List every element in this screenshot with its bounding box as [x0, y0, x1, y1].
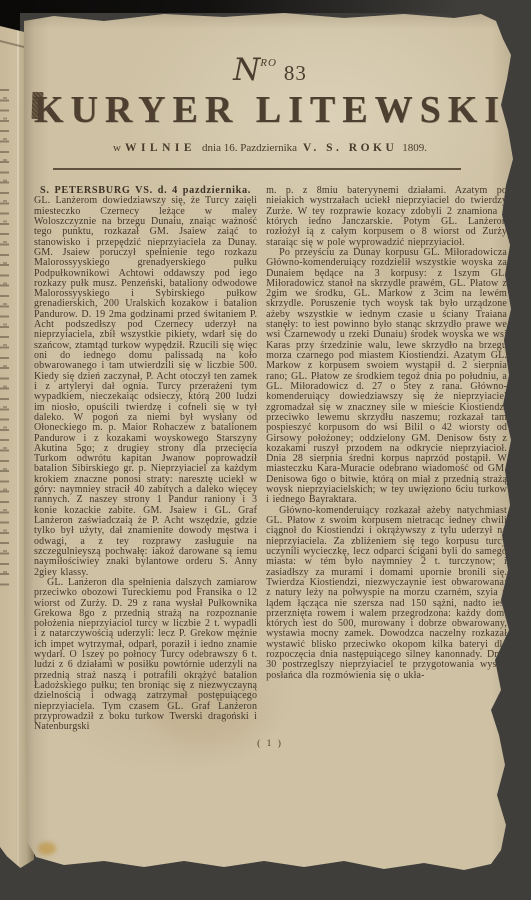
scanned-newspaper-page: NRO83 KURYER LITEWSKI wWILNIEdnia 16. Pa… — [0, 0, 531, 900]
article-paragraph: Po przeyściu za Dunay korpusu GL. Miłora… — [266, 248, 507, 506]
column-left: S. PETERSBURG VS. d. 4 pazdziernika. GL.… — [34, 186, 257, 733]
article-paragraph: Główno-komenderuiący rozkazał ażeby naty… — [266, 506, 507, 681]
dateline-prefix: w — [113, 142, 121, 154]
newspaper-sheet: NRO83 KURYER LITEWSKI wWILNIEdnia 16. Pa… — [24, 9, 517, 883]
adjacent-page-text-fragments-2 — [3, 92, 7, 582]
article-paragraph: GL. Lanżerom dowiedziawszy się, że Turcy… — [34, 196, 257, 578]
dateline: wWILNIEdnia 16. PazdziernikaV. S. ROKU18… — [33, 142, 507, 154]
article-paragraph: GL. Lanżeron dla spełnienia dalszych zam… — [34, 578, 257, 733]
column-right: m. p. z 8miu bateryynemi działami. Azaty… — [266, 186, 507, 733]
dateline-date: dnia 16. Pazdziernika — [202, 142, 297, 154]
issue-superscript: RO — [260, 57, 277, 69]
page-number: ( 1 ) — [33, 739, 507, 749]
dateline-city: WILNIE — [125, 142, 196, 154]
gutter-shadow-top — [0, 0, 460, 13]
article-paragraph: m. p. z 8miu bateryynemi działami. Azaty… — [266, 186, 507, 248]
page-fold-highlight — [17, 26, 19, 868]
masthead-rule — [53, 168, 461, 170]
page-content: NRO83 KURYER LITEWSKI wWILNIEdnia 16. Pa… — [24, 9, 517, 749]
issue-number: 83 — [284, 61, 307, 85]
newspaper-title: KURYER LITEWSKI — [33, 91, 507, 129]
dateline-year: 1809. — [402, 142, 427, 154]
issue-number-line: NRO83 — [33, 55, 507, 86]
issue-prefix: N — [233, 52, 260, 88]
paper-stain-yellow — [38, 842, 56, 855]
dateline-vs-roku: V. S. ROKU — [303, 142, 397, 154]
article-columns: S. PETERSBURG VS. d. 4 pazdziernika. GL.… — [33, 186, 507, 733]
